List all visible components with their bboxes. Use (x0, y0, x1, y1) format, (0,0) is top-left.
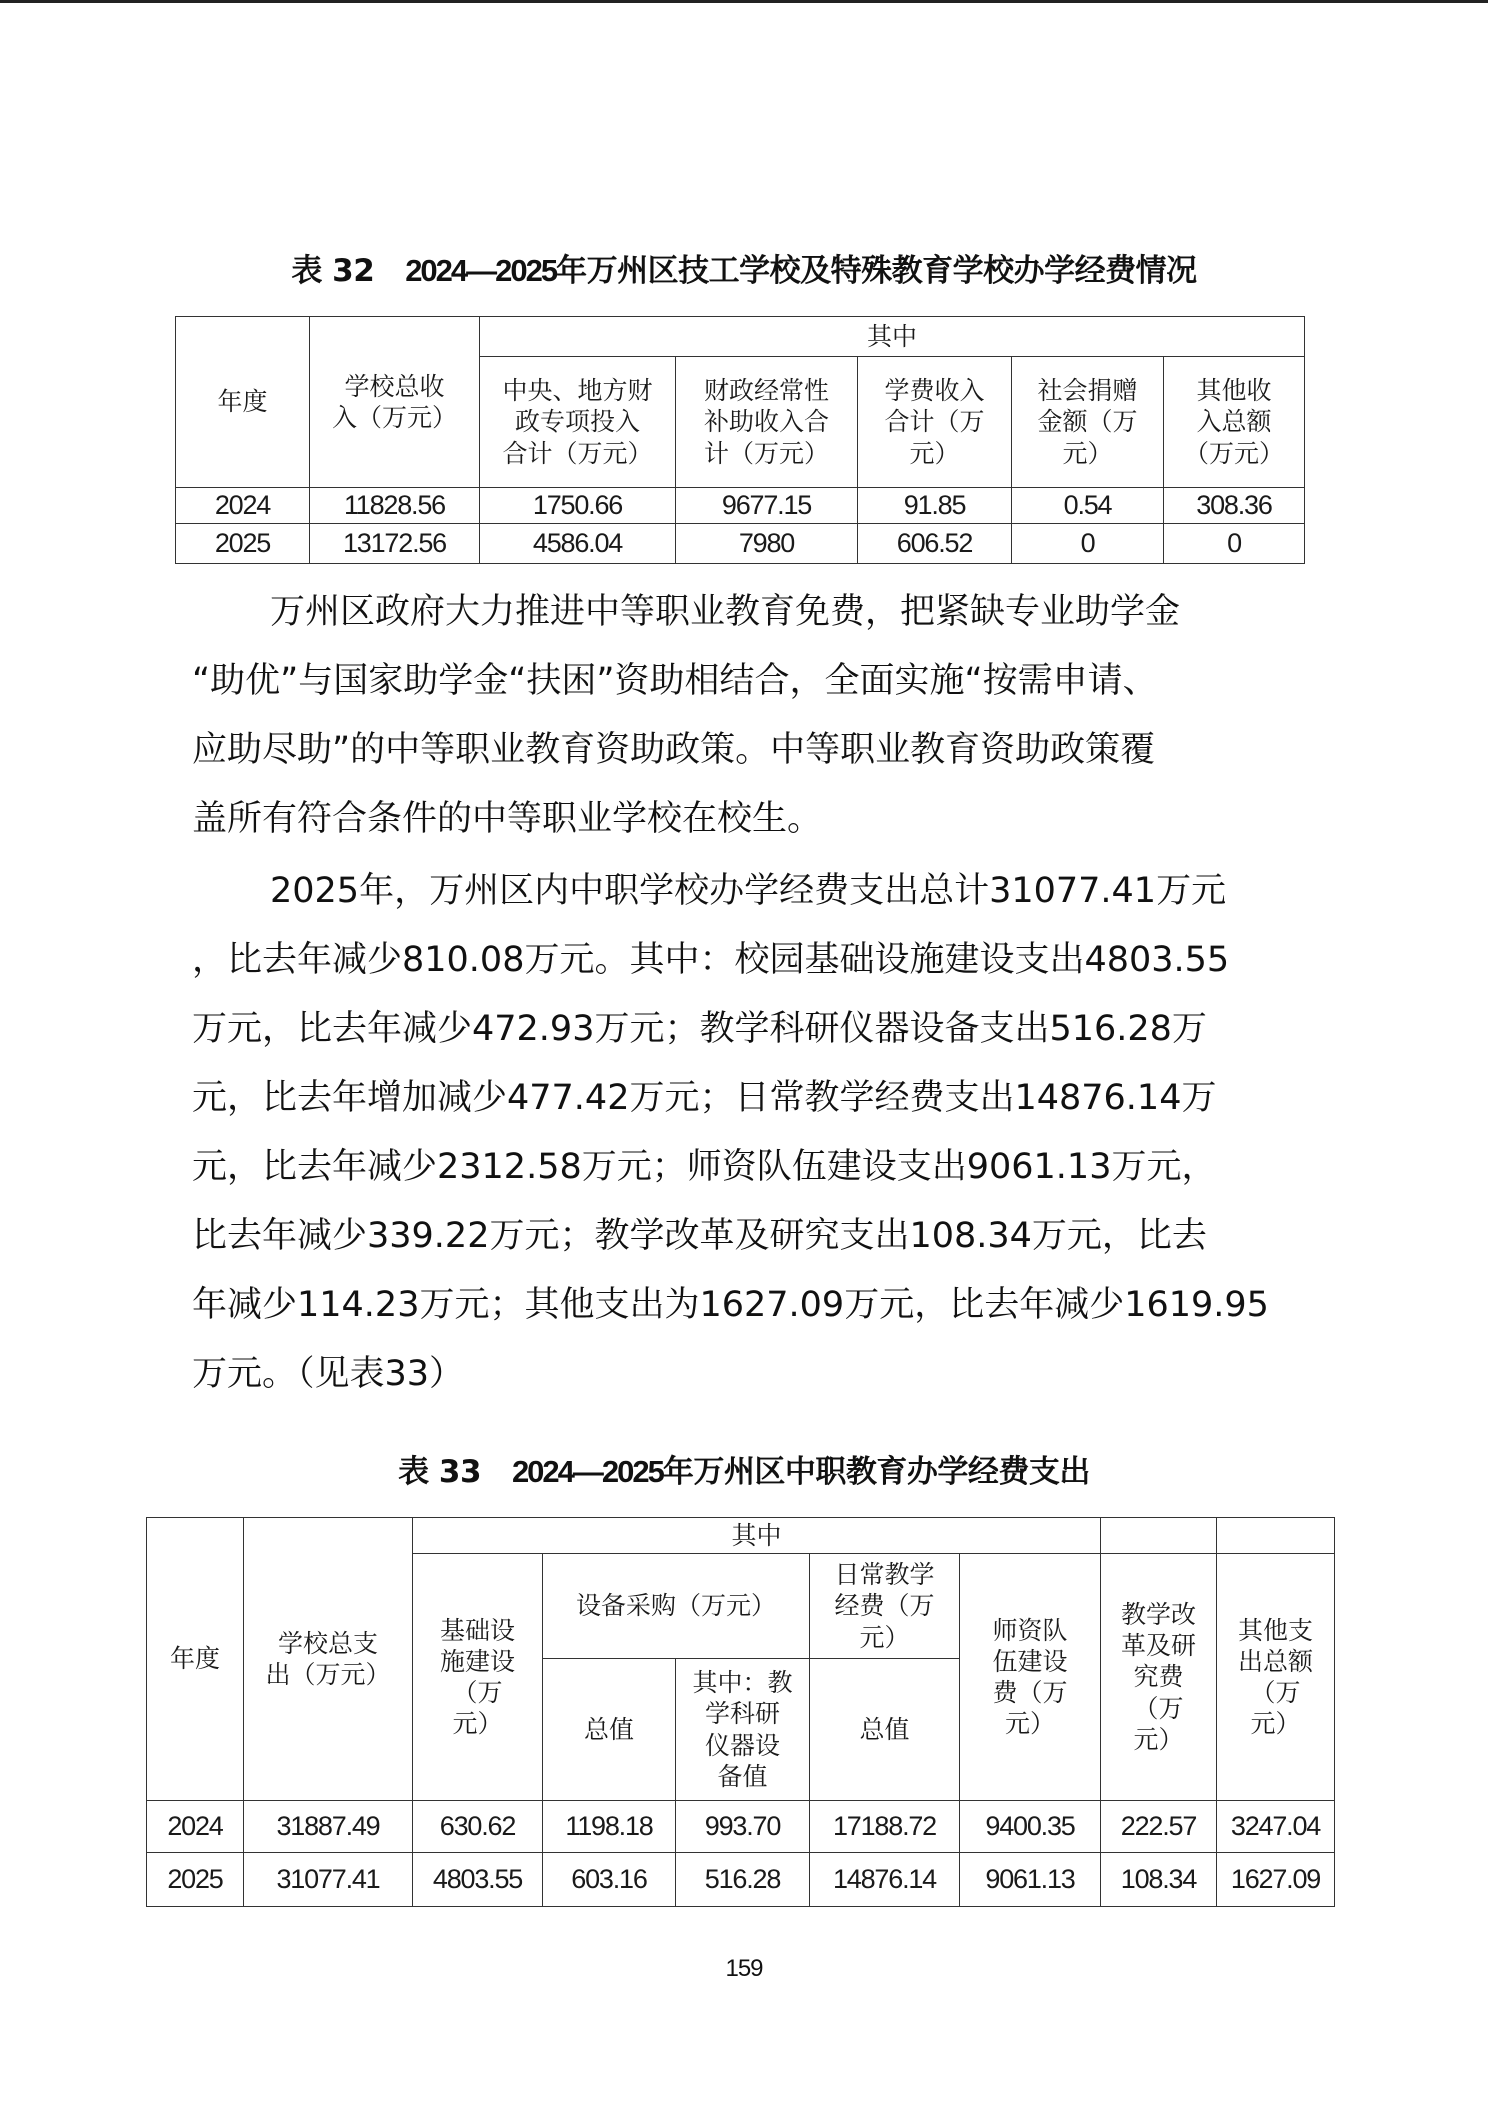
t32-cell-tuition: 91.85 (858, 488, 1012, 524)
table-33: 年度 学校总支出（万元） 其中 基础设施建设（万元） 设备采购（万元） 日常教学… (146, 1517, 1335, 1907)
table-33-caption-prefix: 表 33 (398, 1454, 481, 1490)
paragraph-line: 2025年，万州区内中职学校办学经费支出总计31077.41万元 (192, 857, 1302, 926)
t33-cell-year: 2024 (147, 1801, 244, 1853)
t32-header-other-income: 其他收入总额（万元） (1164, 357, 1305, 488)
paragraph-subsidy-policy: 万州区政府大力推进中等职业教育免费，把紧缺专业助学金 “助优”与国家助学金“扶困… (192, 578, 1302, 854)
t32-header-line: 入（万元） (332, 403, 457, 432)
paragraph-line: 元，比去年增加减少477.42万元；日常教学经费支出14876.14万 (192, 1064, 1302, 1133)
t33-header-line: 费（万 (992, 1678, 1067, 1707)
t32-header-line: 元） (1062, 439, 1112, 468)
paragraph-line: 年减少114.23万元；其他支出为1627.09万元，比去年减少1619.95 (192, 1271, 1302, 1340)
table-33-caption-title: 年万州区中职教育办学经费支出 (663, 1454, 1090, 1490)
t33-header-line: 元） (859, 1623, 909, 1652)
t32-cell-total-income: 11828.56 (310, 488, 480, 524)
t32-header-line: 元） (909, 439, 959, 468)
t32-cell-donation: 0.54 (1012, 488, 1164, 524)
paragraph-expense-summary: 2025年，万州区内中职学校办学经费支出总计31077.41万元 ，比去年减少8… (192, 857, 1302, 1409)
t32-cell-fiscal-regular-subsidy: 9677.15 (676, 488, 858, 524)
t33-header-line: 基础设 (440, 1616, 515, 1645)
t32-header-donation: 社会捐赠金额（万元） (1012, 357, 1164, 488)
t32-header-line: 金额（万 (1037, 407, 1137, 436)
t33-cell-total-expense: 31077.41 (244, 1853, 413, 1907)
t33-header-line: 经费（万 (834, 1591, 934, 1620)
table-row: 2025 13172.56 4586.04 7980 606.52 0 0 (176, 524, 1305, 564)
t33-header-line: 出总额 (1238, 1647, 1313, 1676)
t33-header-line: （万 (1133, 1694, 1183, 1723)
paragraph-line: 盖所有符合条件的中等职业学校在校生。 (192, 785, 1302, 854)
table-32-caption: 表 32 2024—2025年万州区技工学校及特殊教育学校办学经费情况 (0, 245, 1488, 290)
t33-cell-faculty: 9061.13 (960, 1853, 1101, 1907)
t33-header-line: 学校总支 (278, 1629, 378, 1658)
t33-header-line: 学科研 (705, 1699, 780, 1728)
t33-header-daily-teaching-group: 日常教学经费（万元） (810, 1554, 960, 1659)
t32-header-line: 补助收入合 (704, 407, 829, 436)
t32-header-line: 社会捐赠 (1037, 376, 1137, 405)
t33-cell-other-expense: 1627.09 (1217, 1853, 1335, 1907)
t33-header-line: （万 (1250, 1678, 1300, 1707)
table-row: 2024 11828.56 1750.66 9677.15 91.85 0.54… (176, 488, 1305, 524)
t33-cell-year: 2025 (147, 1853, 244, 1907)
t32-cell-fiscal-regular-subsidy: 7980 (676, 524, 858, 564)
t33-header-line: 究费 (1133, 1662, 1183, 1691)
t33-header-line: （万 (452, 1678, 502, 1707)
table-row: 2025 31077.41 4803.55 603.16 516.28 1487… (147, 1853, 1335, 1907)
t33-group-header: 其中 (413, 1518, 1101, 1554)
t33-header-teaching-reform: 教学改革及研究费（万元） (1101, 1554, 1217, 1801)
t33-header-line: 教学改 (1121, 1600, 1196, 1629)
t33-cell-faculty: 9400.35 (960, 1801, 1101, 1853)
t32-header-line: 合计（万 (884, 407, 984, 436)
t33-empty-header-cell (1217, 1518, 1335, 1554)
t32-header-line: 政专项投入 (515, 407, 640, 436)
t33-header-line: 其他支 (1238, 1616, 1313, 1645)
t32-header-central-local-special: 中央、地方财政专项投入合计（万元） (480, 357, 676, 488)
t33-header-line: 施建设 (440, 1647, 515, 1676)
t32-header-line: 入总额 (1196, 407, 1271, 436)
table-32: 年度 学校总收入（万元） 其中 中央、地方财政专项投入合计（万元） 财政经常性补… (175, 316, 1305, 564)
t33-header-line: 仪器设 (705, 1731, 780, 1760)
t33-cell-equipment-total: 1198.18 (543, 1801, 676, 1853)
table-32-caption-prefix: 表 32 (291, 253, 374, 289)
t33-header-year: 年度 (147, 1518, 244, 1801)
t33-header-line: 元） (452, 1709, 502, 1738)
t32-header-line: （万元） (1184, 439, 1284, 468)
t33-cell-equipment-total: 603.16 (543, 1853, 676, 1907)
t33-header-faculty: 师资队伍建设费（万元） (960, 1554, 1101, 1801)
t33-cell-other-expense: 3247.04 (1217, 1801, 1335, 1853)
t32-cell-donation: 0 (1012, 524, 1164, 564)
t32-cell-year: 2024 (176, 488, 310, 524)
t33-cell-infrastructure: 4803.55 (413, 1853, 543, 1907)
paragraph-line: 万元。（见表33） (192, 1340, 1302, 1409)
paragraph-line: 元，比去年减少2312.58万元；师资队伍建设支出9061.13万元， (192, 1133, 1302, 1202)
t32-header-line: 学费收入 (884, 376, 984, 405)
t33-header-line: 元） (1133, 1725, 1183, 1754)
page-top-border (0, 0, 1488, 3)
t32-header-line: 其他收 (1196, 376, 1271, 405)
t33-header-line: 革及研 (1121, 1631, 1196, 1660)
table-32-caption-years: 2024—2025 (405, 253, 556, 288)
paragraph-line: 比去年减少339.22万元；教学改革及研究支出108.34万元，比去 (192, 1202, 1302, 1271)
t32-cell-central-local-special: 1750.66 (480, 488, 676, 524)
t33-empty-header-cell (1101, 1518, 1217, 1554)
t32-cell-central-local-special: 4586.04 (480, 524, 676, 564)
t33-header-other-expense: 其他支出总额（万元） (1217, 1554, 1335, 1801)
table-33-caption-years: 2024—2025 (512, 1454, 663, 1489)
t32-cell-other-income: 0 (1164, 524, 1305, 564)
t32-cell-total-income: 13172.56 (310, 524, 480, 564)
t33-header-line: 出（万元） (265, 1660, 390, 1689)
t33-header-line: 日常教学 (834, 1560, 934, 1589)
t32-header-line: 计（万元） (704, 439, 829, 468)
t33-header-line: 师资队 (992, 1616, 1067, 1645)
paragraph-line: “助优”与国家助学金“扶困”资助相结合，全面实施“按需申请、 (192, 647, 1302, 716)
table-33-caption: 表 33 2024—2025年万州区中职教育办学经费支出 (0, 1446, 1488, 1491)
t33-header-line: 伍建设 (992, 1647, 1067, 1676)
t33-cell-daily-teaching-total: 14876.14 (810, 1853, 960, 1907)
paragraph-line: 应助尽助”的中等职业教育资助政策。中等职业教育资助政策覆 (192, 716, 1302, 785)
t33-header-daily-teaching-total: 总值 (810, 1659, 960, 1801)
t33-header-line: 元） (1250, 1709, 1300, 1738)
t33-header-line: 备值 (717, 1762, 767, 1791)
t33-header-total-expense: 学校总支出（万元） (244, 1518, 413, 1801)
paragraph-line: 万元，比去年减少472.93万元；教学科研仪器设备支出516.28万 (192, 995, 1302, 1064)
t32-header-tuition: 学费收入合计（万元） (858, 357, 1012, 488)
paragraph-line: 万州区政府大力推进中等职业教育免费，把紧缺专业助学金 (192, 578, 1302, 647)
t32-header-line: 中央、地方财 (502, 376, 652, 405)
t32-cell-tuition: 606.52 (858, 524, 1012, 564)
t33-cell-total-expense: 31887.49 (244, 1801, 413, 1853)
t32-header-year: 年度 (176, 317, 310, 488)
t33-cell-equipment-research: 516.28 (676, 1853, 810, 1907)
t33-header-line: 元） (1005, 1709, 1055, 1738)
t33-cell-teaching-reform: 222.57 (1101, 1801, 1217, 1853)
t32-header-total-income: 学校总收入（万元） (310, 317, 480, 488)
t33-cell-daily-teaching-total: 17188.72 (810, 1801, 960, 1853)
t32-header-line: 财政经常性 (704, 376, 829, 405)
t32-cell-year: 2025 (176, 524, 310, 564)
t33-cell-teaching-reform: 108.34 (1101, 1853, 1217, 1907)
t33-header-line: 其中：教 (692, 1668, 792, 1697)
paragraph-line: ，比去年减少810.08万元。其中：校园基础设施建设支出4803.55 (192, 926, 1302, 995)
t33-header-equipment-total: 总值 (543, 1659, 676, 1801)
t33-header-equipment-research: 其中：教学科研仪器设备值 (676, 1659, 810, 1801)
table-32-caption-title: 年万州区技工学校及特殊教育学校办学经费情况 (556, 253, 1197, 289)
page-number: 159 (0, 1955, 1488, 1983)
t32-group-header: 其中 (480, 317, 1305, 357)
t33-cell-equipment-research: 993.70 (676, 1801, 810, 1853)
t33-header-infrastructure: 基础设施建设（万元） (413, 1554, 543, 1801)
t33-cell-infrastructure: 630.62 (413, 1801, 543, 1853)
t32-cell-other-income: 308.36 (1164, 488, 1305, 524)
t32-header-line: 学校总收 (344, 372, 444, 401)
t33-header-equipment-group: 设备采购（万元） (543, 1554, 810, 1659)
table-row: 2024 31887.49 630.62 1198.18 993.70 1718… (147, 1801, 1335, 1853)
t32-header-fiscal-regular-subsidy: 财政经常性补助收入合计（万元） (676, 357, 858, 488)
t32-header-line: 合计（万元） (502, 439, 652, 468)
